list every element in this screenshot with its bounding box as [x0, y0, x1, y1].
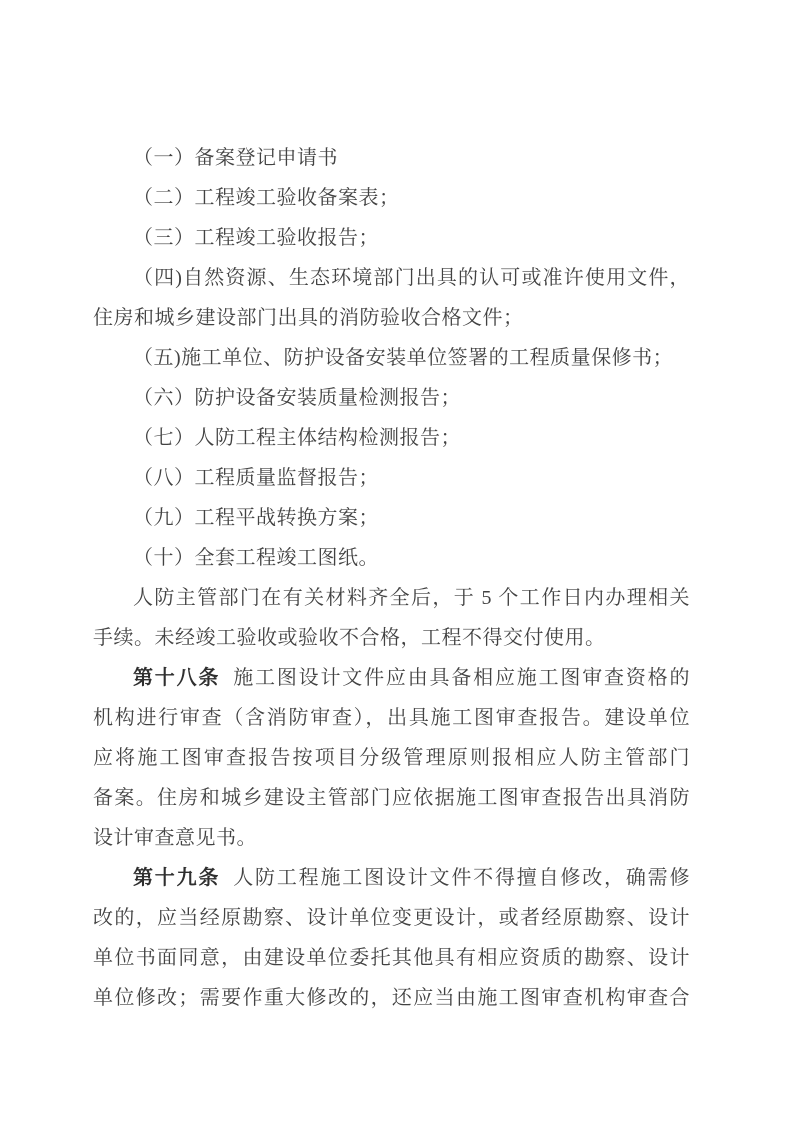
- list-item-3-line-1: （三）工程竣工验收报告；: [93, 218, 690, 258]
- list-item-10-line-1: （十）全套工程竣工图纸。: [93, 538, 690, 578]
- list-item-4-line-2: 住房和城乡建设部门出具的消防验收合格文件；: [93, 298, 690, 338]
- list-item-6-line-1: （六）防护设备安装质量检测报告；: [93, 378, 690, 418]
- document-page: （一）备案登记申请书（二）工程竣工验收备案表；（三）工程竣工验收报告；（四)自然…: [0, 0, 793, 1122]
- list-item-9-line-1: （九）工程平战转换方案；: [93, 498, 690, 538]
- list-item-2-line-1: （二）工程竣工验收备案表；: [93, 178, 690, 218]
- list-item-1-line-1: （一）备案登记申请书: [93, 138, 690, 178]
- article-first-line-text: 人防工程施工图设计文件不得擅自修改，确需修: [233, 867, 690, 889]
- list-item-7-line-1: （七）人防工程主体结构检测报告；: [93, 418, 690, 458]
- article-19-line-3: 单位书面同意，由建设单位委托其他具有相应资质的勘察、设计: [93, 938, 690, 978]
- article-19-line-2: 改的，应当经原勘察、设计单位变更设计，或者经原勘察、设计: [93, 898, 690, 938]
- article-first-line-text: 施工图设计文件应由具备相应施工图审查资格的: [233, 667, 690, 689]
- article-number: 第十八条: [133, 667, 220, 689]
- article-18-line-3: 应将施工图审查报告按项目分级管理原则报相应人防主管部门: [93, 738, 690, 778]
- paragraph-acceptance-filing-line-1: 人防主管部门在有关材料齐全后，于 5 个工作日内办理相关: [93, 578, 690, 618]
- article-18-line-2: 机构进行审查（含消防审查），出具施工图审查报告。建设单位: [93, 698, 690, 738]
- list-item-4-line-1: （四)自然资源、生态环境部门出具的认可或准许使用文件，: [93, 258, 690, 298]
- article-18-line-4: 备案。住房和城乡建设主管部门应依据施工图审查报告出具消防: [93, 778, 690, 818]
- article-18-line-1: 第十八条施工图设计文件应由具备相应施工图审查资格的: [93, 658, 690, 698]
- article-19-line-1: 第十九条人防工程施工图设计文件不得擅自修改，确需修: [93, 858, 690, 898]
- article-19-line-4: 单位修改；需要作重大修改的，还应当由施工图审查机构审查合: [93, 978, 690, 1018]
- document-body: （一）备案登记申请书（二）工程竣工验收备案表；（三）工程竣工验收报告；（四)自然…: [93, 138, 690, 1018]
- article-18-line-5: 设计审查意见书。: [93, 818, 690, 858]
- article-number: 第十九条: [133, 867, 220, 889]
- list-item-5-line-1: （五)施工单位、防护设备安装单位签署的工程质量保修书；: [93, 338, 690, 378]
- list-item-8-line-1: （八）工程质量监督报告；: [93, 458, 690, 498]
- paragraph-acceptance-filing-line-2: 手续。未经竣工验收或验收不合格，工程不得交付使用。: [93, 618, 690, 658]
